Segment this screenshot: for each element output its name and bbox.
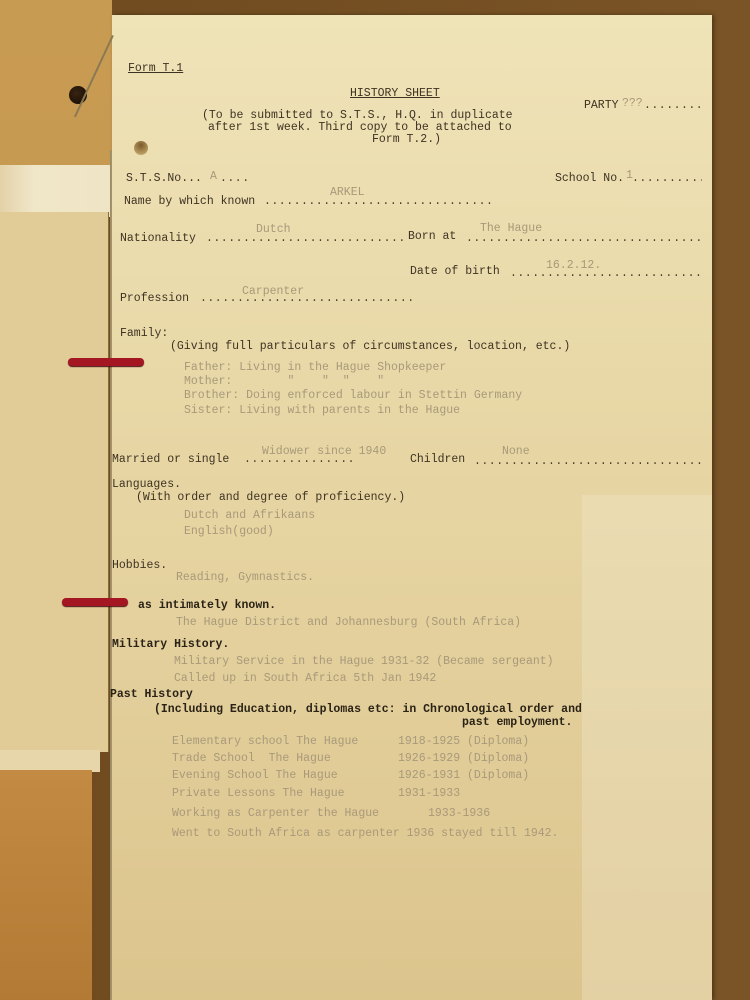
children-label: Children: [410, 453, 465, 466]
folder-cover-bottom: [0, 770, 92, 1000]
sts-no-label: S.T.S.No...: [126, 172, 202, 185]
profession-label: Profession: [120, 292, 189, 305]
binding-string: [68, 358, 144, 366]
page-title: HISTORY SHEET: [350, 87, 440, 100]
underlying-sheet: [0, 212, 109, 752]
family-heading: Family:: [120, 327, 168, 340]
hobbies-heading: Hobbies.: [112, 559, 167, 572]
nationality-leader: .............................: [206, 232, 406, 245]
profession-leader: ...............................: [200, 292, 416, 305]
past-entry-period: 1933-1936: [428, 807, 490, 820]
military-entry: Called up in South Africa 5th Jan 1942: [174, 672, 436, 685]
underlying-strip: [0, 750, 100, 772]
hobby-entry: Reading, Gymnastics.: [176, 571, 314, 584]
nationality-value: Dutch: [256, 223, 291, 236]
languages-subheading: (With order and degree of proficiency.): [136, 491, 405, 504]
past-entry-place: Private Lessons The Hague: [172, 787, 345, 800]
past-history-subheading: (Including Education, diplomas etc: in C…: [154, 703, 582, 716]
language-entry: Dutch and Afrikaans: [184, 509, 315, 522]
name-value: ARKEL: [330, 186, 365, 199]
name-label: Name by which known: [124, 195, 255, 208]
past-entry-period: 1926-1931 (Diploma): [398, 769, 529, 782]
past-entry-period: 1918-1925 (Diploma): [398, 735, 529, 748]
past-history-subheading-2: past employment.: [462, 716, 572, 729]
past-entry-period: 1926-1929 (Diploma): [398, 752, 529, 765]
family-entry: Mother: " " " ": [184, 375, 384, 388]
children-value: None: [502, 445, 530, 458]
past-history-heading: Past History: [110, 688, 193, 701]
instructions-line-2: after 1st week. Third copy to be attache…: [208, 121, 512, 134]
dob-leader: ............................: [510, 267, 702, 280]
past-entry-period: 1931-1933: [398, 787, 460, 800]
military-entry: Military Service in the Hague 1931-32 (B…: [174, 655, 554, 668]
party-leader: ..........: [644, 99, 700, 112]
instructions-line-3: Form T.2.): [372, 133, 441, 146]
born-at-label: Born at: [408, 230, 456, 243]
areas-heading: as intimately known.: [138, 599, 276, 612]
family-subheading: (Giving full particulars of circumstance…: [170, 340, 570, 353]
married-label: Married or single: [112, 453, 229, 466]
languages-heading: Languages.: [112, 478, 181, 491]
binding-string: [62, 598, 128, 606]
born-at-value: The Hague: [480, 222, 542, 235]
profession-value: Carpenter: [242, 285, 304, 298]
school-no-leader: ..........: [632, 172, 702, 185]
name-leader: ..................................: [264, 195, 494, 208]
language-entry: English(good): [184, 525, 274, 538]
dob-value: 16.2.12.: [546, 259, 601, 272]
past-entry-place: Elementary school The Hague: [172, 735, 358, 748]
sts-no-leader: ....: [220, 172, 250, 185]
tissue-overlay: [582, 495, 712, 1000]
form-id: Form T.1: [128, 62, 183, 75]
history-sheet-page: Form T.1 HISTORY SHEET PARTY ??? .......…: [112, 15, 712, 1000]
past-final-line: Went to South Africa as carpenter 1936 s…: [172, 827, 558, 840]
paper-tab: [0, 165, 112, 217]
past-entry-place: Evening School The Hague: [172, 769, 338, 782]
school-no-label: School No.: [555, 172, 624, 185]
party-value: ???: [622, 97, 643, 110]
folder-cover-top: [0, 0, 112, 168]
punch-hole: [134, 141, 148, 155]
nationality-label: Nationality: [120, 232, 196, 245]
married-value: Widower since 1940: [262, 445, 386, 458]
family-entry: Brother: Doing enforced labour in Stetti…: [184, 389, 522, 402]
family-entry: Father: Living in the Hague Shopkeeper: [184, 361, 446, 374]
dob-label: Date of birth: [410, 265, 500, 278]
sts-no-value: A: [210, 170, 217, 183]
past-entry-place: Working as Carpenter the Hague: [172, 807, 379, 820]
family-entry: Sister: Living with parents in the Hague: [184, 404, 460, 417]
party-label: PARTY: [584, 99, 619, 112]
area-entry: The Hague District and Johannesburg (Sou…: [176, 616, 521, 629]
past-entry-place: Trade School The Hague: [172, 752, 331, 765]
military-heading: Military History.: [112, 638, 229, 651]
